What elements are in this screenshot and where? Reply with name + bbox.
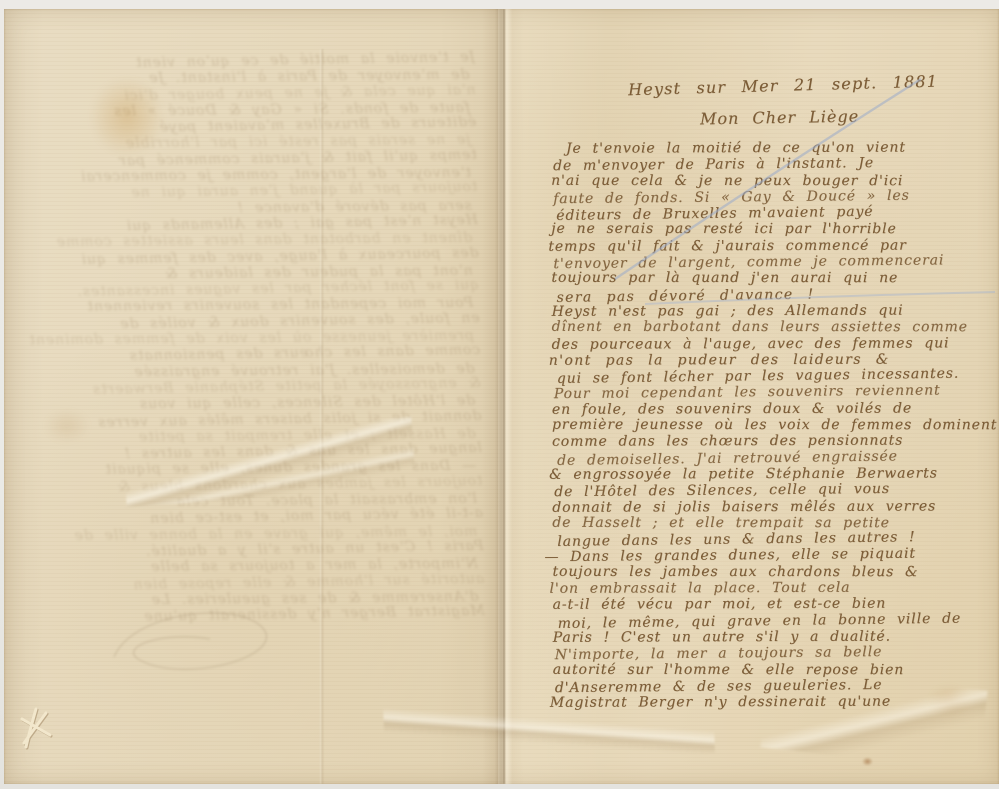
letter-body-line: — Dans les grandes dunes, elle se piquai… <box>544 545 999 566</box>
embossed-blind-stamp <box>14 703 60 753</box>
letter-body-line: de m'envoyer de Paris à l'instant. Je <box>553 154 999 175</box>
letter-salutation: Mon Cher Liège <box>700 107 859 129</box>
letter-body-line: autorité sur l'homme & elle repose bien <box>553 661 999 678</box>
bleed-through-signature-flourish <box>100 595 290 685</box>
letter-body-line: je ne serais pas resté ici par l'horribl… <box>551 221 999 238</box>
letter-body-line: dînent en barbotant dans leurs assiettes… <box>552 319 999 336</box>
bleed-through-text: Je t'envoie la moitié de ce qu'on vientd… <box>13 49 485 641</box>
letter-body-line: première jeunesse où les voix de femmes … <box>552 417 999 434</box>
page-left-blank: Je t'envoie la moitié de ce qu'on vientd… <box>4 9 498 784</box>
letter-sheet: Je t'envoie la moitié de ce qu'on vientd… <box>4 9 999 784</box>
letter-body-line: en foule, des souvenirs doux & voilés de <box>552 400 999 418</box>
letter-body-line: des pourceaux à l'auge, avec des femmes … <box>552 335 999 353</box>
letter-body-line: Magistrat Berger n'y dessinerait qu'une <box>550 693 999 711</box>
letter-body-line: N'importe, la mer a toujours sa belle <box>555 643 999 664</box>
letter-body-line: donnait de si jolis baisers mêlés aux ve… <box>552 498 999 516</box>
letter-body-line: l'on embrassait la place. Tout cela <box>549 579 999 597</box>
letter-body-line: toujours les jambes aux chardons bleus & <box>552 564 999 581</box>
letter-body: Je t'envoie la moitié de ce qu'on vientd… <box>551 139 999 741</box>
